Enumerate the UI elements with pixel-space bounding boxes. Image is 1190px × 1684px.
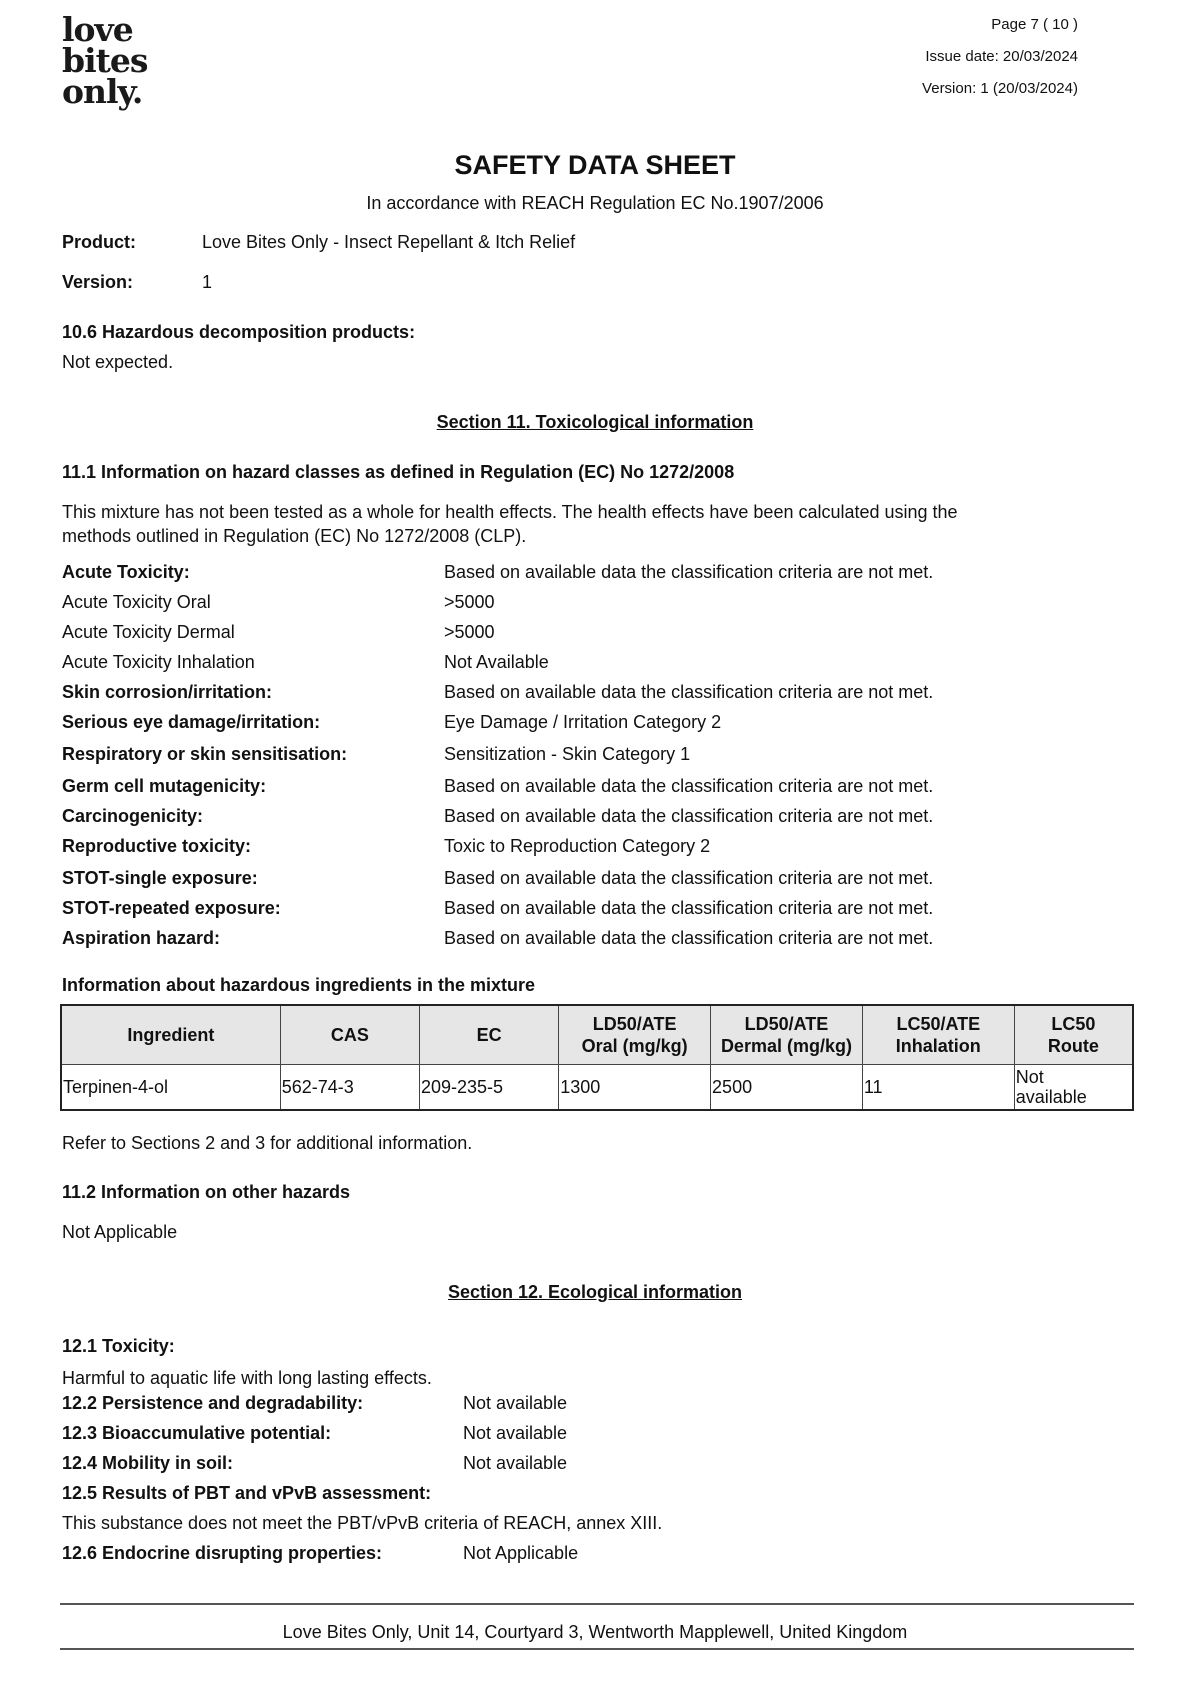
- section-12-1-text: Harmful to aquatic life with long lastin…: [62, 1368, 432, 1389]
- product-label: Product:: [62, 232, 136, 253]
- tox-row-label: STOT-single exposure:: [62, 868, 258, 889]
- product-value: Love Bites Only - Insect Repellant & Itc…: [202, 232, 575, 253]
- tox-row-label: STOT-repeated exposure:: [62, 898, 281, 919]
- ingredients-heading: Information about hazardous ingredients …: [62, 975, 535, 996]
- ingredients-table: IngredientCASECLD50/ATEOral (mg/kg)LD50/…: [60, 1004, 1134, 1111]
- table-header-row: IngredientCASECLD50/ATEOral (mg/kg)LD50/…: [61, 1005, 1133, 1065]
- section-12-title: Section 12. Ecological information: [0, 1282, 1190, 1303]
- table-cell: 209-235-5: [419, 1065, 558, 1111]
- column-header-line: Ingredient: [62, 1024, 280, 1046]
- section-12-6-label: 12.6 Endocrine disrupting properties:: [62, 1543, 382, 1564]
- column-header: LD50/ATEOral (mg/kg): [559, 1005, 711, 1065]
- tox-row-value: Based on available data the classificati…: [444, 806, 933, 827]
- column-header-line: LC50/ATE: [863, 1013, 1014, 1035]
- tox-row-label: Aspiration hazard:: [62, 928, 220, 949]
- column-header: LD50/ATEDermal (mg/kg): [711, 1005, 863, 1065]
- column-header-line: Dermal (mg/kg): [711, 1035, 862, 1057]
- footer-divider-top: [60, 1603, 1134, 1605]
- table-row: Terpinen-4-ol562-74-3209-235-51300250011…: [61, 1065, 1133, 1111]
- refer-note: Refer to Sections 2 and 3 for additional…: [62, 1133, 472, 1154]
- tox-row-value: Based on available data the classificati…: [444, 928, 933, 949]
- version-value: 1: [202, 272, 212, 293]
- column-header: EC: [419, 1005, 558, 1065]
- section-11-2-heading: 11.2 Information on other hazards: [62, 1182, 350, 1203]
- section-12-3-label: 12.3 Bioaccumulative potential:: [62, 1423, 331, 1444]
- tox-row-value: Based on available data the classificati…: [444, 776, 933, 797]
- column-header: LC50/ATEInhalation: [862, 1005, 1014, 1065]
- table-cell: 562-74-3: [280, 1065, 419, 1111]
- tox-row-value: Sensitization - Skin Category 1: [444, 744, 690, 765]
- table-cell: 2500: [711, 1065, 863, 1111]
- column-header: CAS: [280, 1005, 419, 1065]
- tox-row-value: Based on available data the classificati…: [444, 868, 933, 889]
- column-header-line: CAS: [281, 1024, 419, 1046]
- column-header-line: LD50/ATE: [559, 1013, 710, 1035]
- tox-row-value: >5000: [444, 592, 495, 613]
- tox-row-label: Germ cell mutagenicity:: [62, 776, 266, 797]
- table-cell: 11: [862, 1065, 1014, 1111]
- page-number: Page 7 ( 10 ): [991, 16, 1078, 33]
- section-11-1-intro: This mixture has not been tested as a wh…: [62, 502, 958, 523]
- document-subtitle: In accordance with REACH Regulation EC N…: [0, 193, 1190, 214]
- column-header: LC50Route: [1014, 1005, 1133, 1065]
- section-12-3-value: Not available: [463, 1423, 567, 1444]
- tox-row-label: Acute Toxicity:: [62, 562, 190, 583]
- column-header: Ingredient: [61, 1005, 280, 1065]
- section-11-1-heading: 11.1 Information on hazard classes as de…: [62, 462, 734, 483]
- footer-divider-bottom: [60, 1648, 1134, 1650]
- section-10-6-text: Not expected.: [62, 352, 173, 373]
- footer-address: Love Bites Only, Unit 14, Courtyard 3, W…: [0, 1622, 1190, 1643]
- section-11-1-intro-2: methods outlined in Regulation (EC) No 1…: [62, 526, 526, 547]
- column-header-line: LC50: [1015, 1013, 1132, 1035]
- version-label: Version:: [62, 272, 133, 293]
- tox-row-label: Serious eye damage/irritation:: [62, 712, 320, 733]
- tox-row-value: Toxic to Reproduction Category 2: [444, 836, 710, 857]
- column-header-line: Oral (mg/kg): [559, 1035, 710, 1057]
- document-title: SAFETY DATA SHEET: [0, 150, 1190, 181]
- column-header-line: Inhalation: [863, 1035, 1014, 1057]
- column-header-line: LD50/ATE: [711, 1013, 862, 1035]
- section-10-6-heading: 10.6 Hazardous decomposition products:: [62, 322, 415, 343]
- table-cell: 1300: [559, 1065, 711, 1111]
- issue-date: Issue date: 20/03/2024: [925, 48, 1078, 65]
- section-12-6-value: Not Applicable: [463, 1543, 578, 1564]
- tox-row-value: Based on available data the classificati…: [444, 898, 933, 919]
- tox-row-label: Acute Toxicity Dermal: [62, 622, 235, 643]
- tox-row-value: Eye Damage / Irritation Category 2: [444, 712, 721, 733]
- tox-row-value: Based on available data the classificati…: [444, 682, 933, 703]
- tox-row-value: Based on available data the classificati…: [444, 562, 933, 583]
- company-logo: love bites only.: [62, 14, 147, 107]
- section-11-2-text: Not Applicable: [62, 1222, 177, 1243]
- column-header-line: EC: [420, 1024, 558, 1046]
- section-12-2-label: 12.2 Persistence and degradability:: [62, 1393, 363, 1414]
- section-12-5-heading: 12.5 Results of PBT and vPvB assessment:: [62, 1483, 431, 1504]
- table-cell: Terpinen-4-ol: [61, 1065, 280, 1111]
- tox-row-label: Carcinogenicity:: [62, 806, 203, 827]
- section-12-4-value: Not available: [463, 1453, 567, 1474]
- tox-row-label: Skin corrosion/irritation:: [62, 682, 272, 703]
- section-12-5-text: This substance does not meet the PBT/vPv…: [62, 1513, 662, 1534]
- tox-row-value: >5000: [444, 622, 495, 643]
- table-cell: Not available: [1014, 1065, 1133, 1111]
- section-12-4-label: 12.4 Mobility in soil:: [62, 1453, 233, 1474]
- section-12-2-value: Not available: [463, 1393, 567, 1414]
- version-date: Version: 1 (20/03/2024): [922, 80, 1078, 97]
- tox-row-label: Respiratory or skin sensitisation:: [62, 744, 347, 765]
- column-header-line: Route: [1015, 1035, 1132, 1057]
- tox-row-label: Acute Toxicity Oral: [62, 592, 211, 613]
- section-12-1-heading: 12.1 Toxicity:: [62, 1336, 175, 1357]
- tox-row-value: Not Available: [444, 652, 549, 673]
- tox-row-label: Acute Toxicity Inhalation: [62, 652, 255, 673]
- tox-row-label: Reproductive toxicity:: [62, 836, 251, 857]
- section-11-title: Section 11. Toxicological information: [0, 412, 1190, 433]
- logo-line: only.: [62, 76, 147, 107]
